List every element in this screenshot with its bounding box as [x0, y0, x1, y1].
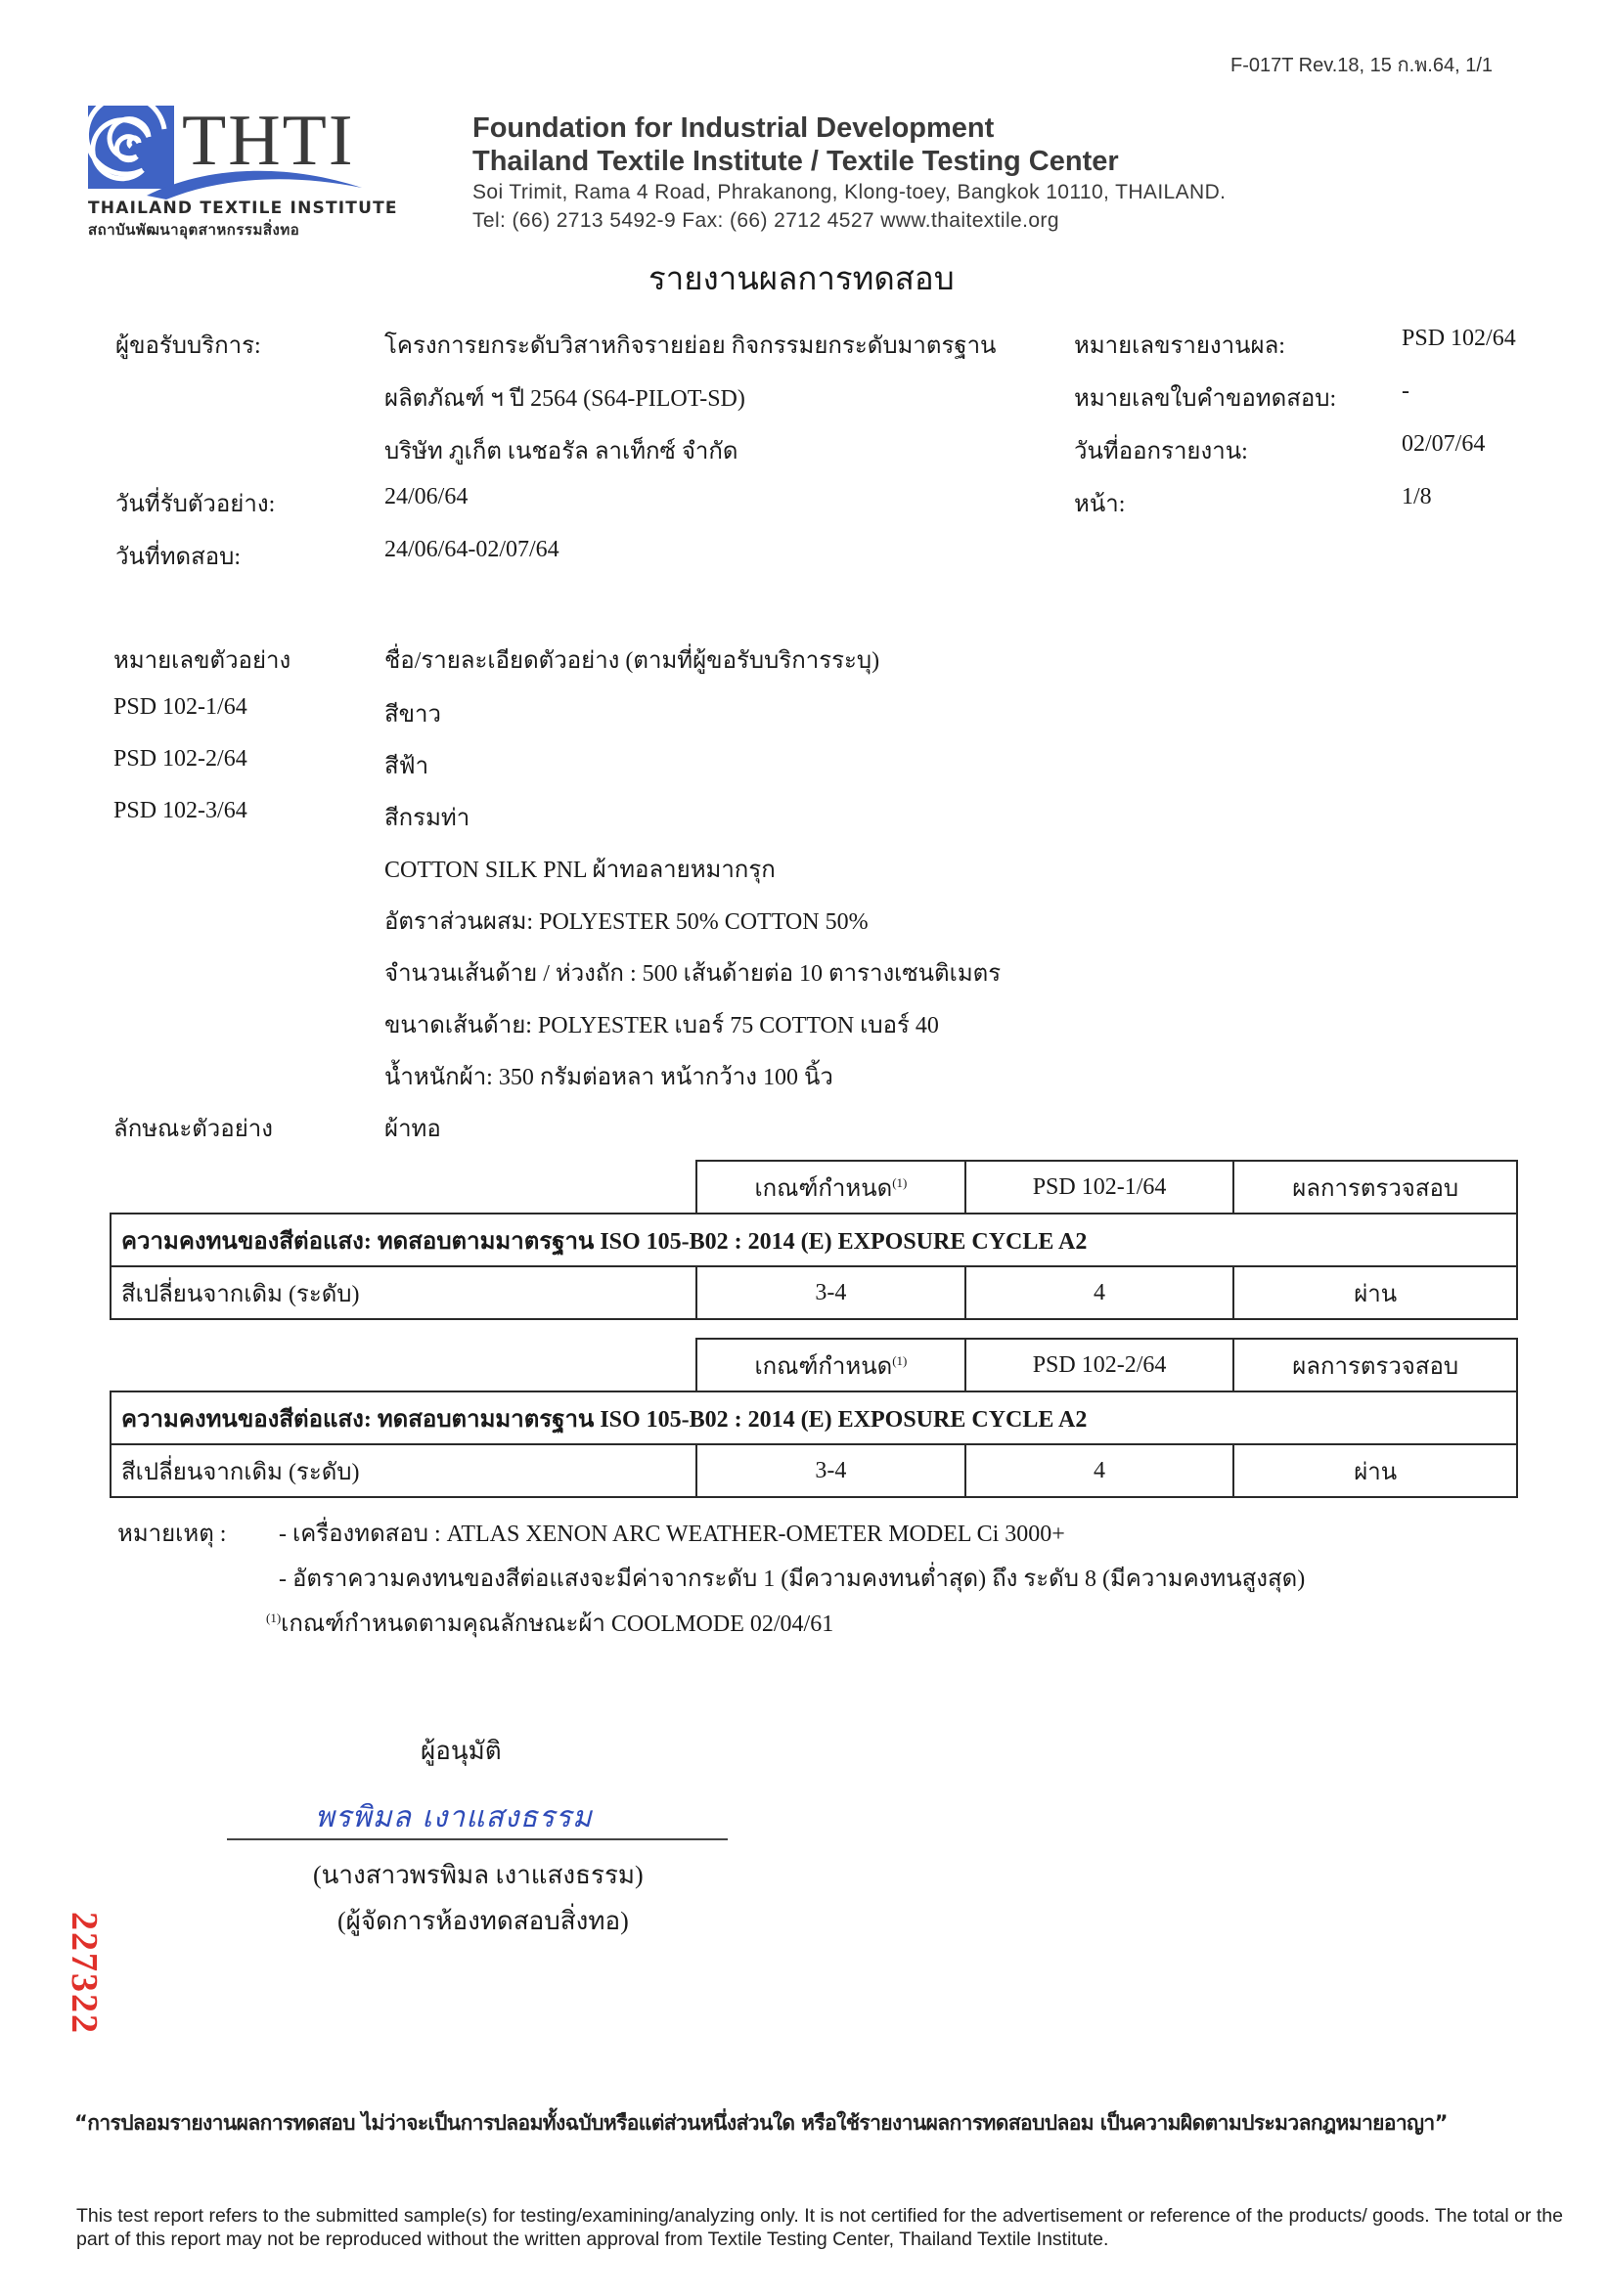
- forgery-warning: “การปลอมรายงานผลการทดสอบ ไม่ว่าจะเป็นการ…: [74, 2107, 1448, 2140]
- logo-name-th: สถาบันพัฒนาอุตสาหกรรมสิ่งทอ: [88, 218, 299, 242]
- result-table: เกณฑ์กำหนด(1) PSD 102-2/64 ผลการตรวจสอบ …: [110, 1338, 1518, 1498]
- criteria-cell: 3-4: [696, 1444, 965, 1497]
- sample-header: PSD 102-2/64: [965, 1339, 1234, 1391]
- approver-name: (นางสาวพรพิมล เงาแสงธรรม): [313, 1855, 644, 1895]
- value-cell: 4: [965, 1266, 1234, 1319]
- result-header: ผลการตรวจสอบ: [1233, 1339, 1517, 1391]
- sample-desc: สีขาว: [384, 694, 441, 732]
- value-cell: 4: [965, 1444, 1234, 1497]
- org-address: Soi Trimit, Rama 4 Road, Phrakanong, Klo…: [472, 181, 1226, 204]
- page-label: หน้า:: [1074, 484, 1125, 522]
- issue-date-value: 02/07/64: [1402, 431, 1485, 458]
- signature-line: [227, 1838, 728, 1840]
- table-row: สีเปลี่ยนจากเดิม (ระดับ) 3-4 4 ผ่าน: [111, 1444, 1517, 1497]
- table-header-row: เกณฑ์กำหนด(1) PSD 102-1/64 ผลการตรวจสอบ: [111, 1161, 1517, 1214]
- request-no-label: หมายเลขใบคำขอทดสอบ:: [1074, 378, 1336, 417]
- org-contact: Tel: (66) 2713 5492-9 Fax: (66) 2712 452…: [472, 209, 1059, 233]
- sample-detail: น้ำหนักผ้า: 350 กรัมต่อหลา หน้ากว้าง 100…: [384, 1057, 833, 1095]
- institute-logo: THTI THAILAND TEXTILE INSTITUTE สถาบันพั…: [88, 106, 362, 238]
- received-date-label: วันที่รับตัวอย่าง:: [115, 484, 275, 522]
- footnote: (1)เกณฑ์กำหนดตามคุณลักษณะผ้า COOLMODE 02…: [266, 1604, 833, 1642]
- sample-type-label: ลักษณะตัวอย่าง: [113, 1109, 273, 1147]
- sample-detail: COTTON SILK PNL ผ้าทอลายหมากรุก: [384, 850, 776, 888]
- criteria-header: เกณฑ์กำหนด(1): [696, 1339, 965, 1391]
- form-code: F-017T Rev.18, 15 ก.พ.64, 1/1: [1230, 49, 1493, 80]
- sample-detail: จำนวนเส้นด้าย / ห่วงถัก : 500 เส้นด้ายต่…: [384, 953, 1001, 992]
- remark-item: - อัตราความคงทนของสีต่อแสงจะมีค่าจากระดั…: [279, 1559, 1305, 1597]
- serial-stamp: 227322: [63, 1912, 106, 2035]
- property-cell: สีเปลี่ยนจากเดิม (ระดับ): [111, 1266, 696, 1319]
- remark-item: - เครื่องทดสอบ : ATLAS XENON ARC WEATHER…: [279, 1514, 1065, 1552]
- disclaimer: This test report refers to the submitted…: [76, 2204, 1563, 2251]
- sample-id: PSD 102-1/64: [113, 694, 247, 721]
- report-no-label: หมายเลขรายงานผล:: [1074, 326, 1285, 364]
- property-cell: สีเปลี่ยนจากเดิม (ระดับ): [111, 1444, 696, 1497]
- client-line-3: บริษัท ภูเก็ต เนชอรัล ลาเท็กซ์ จำกัด: [384, 431, 738, 469]
- client-label: ผู้ขอรับบริการ:: [115, 326, 261, 364]
- table-row: สีเปลี่ยนจากเดิม (ระดับ) 3-4 4 ผ่าน: [111, 1266, 1517, 1319]
- org-name-line2: Thailand Textile Institute / Textile Tes…: [472, 146, 1119, 178]
- sample-id-header: หมายเลขตัวอย่าง: [113, 640, 291, 679]
- sample-type-value: ผ้าทอ: [384, 1109, 441, 1147]
- report-title: รายงานผลการทดสอบ: [648, 252, 955, 304]
- sample-desc: สีฟ้า: [384, 746, 428, 784]
- criteria-cell: 3-4: [696, 1266, 965, 1319]
- logo-name-en: THAILAND TEXTILE INSTITUTE: [88, 199, 398, 218]
- sample-header: PSD 102-1/64: [965, 1161, 1234, 1214]
- sample-detail: ขนาดเส้นด้าย: POLYESTER เบอร์ 75 COTTON …: [384, 1005, 939, 1043]
- test-date-value: 24/06/64-02/07/64: [384, 537, 559, 563]
- request-no-value: -: [1402, 378, 1409, 405]
- client-line-1: โครงการยกระดับวิสาหกิจรายย่อย กิจกรรมยกร…: [384, 326, 996, 364]
- remarks-label: หมายเหตุ :: [117, 1514, 226, 1552]
- test-name-row: ความคงทนของสีต่อแสง: ทดสอบตามมาตรฐาน ISO…: [111, 1391, 1517, 1444]
- result-header: ผลการตรวจสอบ: [1233, 1161, 1517, 1214]
- test-name: ความคงทนของสีต่อแสง: ทดสอบตามมาตรฐาน ISO…: [111, 1391, 1517, 1444]
- result-cell: ผ่าน: [1233, 1266, 1517, 1319]
- sample-desc-header: ชื่อ/รายละเอียดตัวอย่าง (ตามที่ผู้ขอรับบ…: [384, 640, 879, 679]
- issue-date-label: วันที่ออกรายงาน:: [1074, 431, 1248, 469]
- received-date-value: 24/06/64: [384, 484, 468, 510]
- client-line-2: ผลิตภัณฑ์ ฯ ปี 2564 (S64-PILOT-SD): [384, 378, 745, 417]
- result-cell: ผ่าน: [1233, 1444, 1517, 1497]
- test-date-label: วันที่ทดสอบ:: [115, 537, 241, 575]
- logo-name: THTI: [182, 100, 355, 183]
- test-name-row: ความคงทนของสีต่อแสง: ทดสอบตามมาตรฐาน ISO…: [111, 1214, 1517, 1266]
- approver-signature: พรพิมล เงาแสงธรรม: [315, 1794, 593, 1840]
- table-header-row: เกณฑ์กำหนด(1) PSD 102-2/64 ผลการตรวจสอบ: [111, 1339, 1517, 1391]
- sample-id: PSD 102-3/64: [113, 798, 247, 824]
- sample-id: PSD 102-2/64: [113, 746, 247, 773]
- criteria-header: เกณฑ์กำหนด(1): [696, 1161, 965, 1214]
- test-name: ความคงทนของสีต่อแสง: ทดสอบตามมาตรฐาน ISO…: [111, 1214, 1517, 1266]
- report-no-value: PSD 102/64: [1402, 326, 1516, 352]
- approver-label: ผู้อนุมัติ: [421, 1731, 502, 1771]
- result-table: เกณฑ์กำหนด(1) PSD 102-1/64 ผลการตรวจสอบ …: [110, 1160, 1518, 1320]
- org-name-line1: Foundation for Industrial Development: [472, 112, 994, 145]
- approver-position: (ผู้จัดการห้องทดสอบสิ่งทอ): [337, 1901, 629, 1941]
- sample-detail: อัตราส่วนผสม: POLYESTER 50% COTTON 50%: [384, 902, 869, 940]
- sample-desc: สีกรมท่า: [384, 798, 469, 836]
- page-value: 1/8: [1402, 484, 1432, 510]
